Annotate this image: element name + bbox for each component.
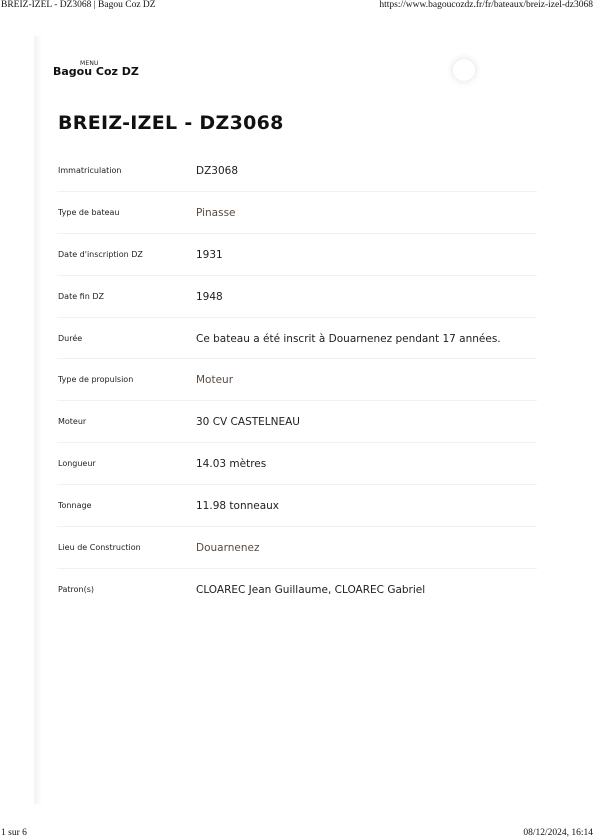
detail-label: Date fin DZ [58,292,104,301]
detail-row-date-inscription: Date d'inscription DZ 1931 [57,234,537,276]
detail-label: Moteur [58,417,86,426]
detail-value: Ce bateau a été inscrit à Douarnenez pen… [196,333,501,345]
detail-value: 14.03 mètres [196,458,266,470]
page-title: BREIZ-IZEL - DZ3068 [58,112,284,134]
print-footer-datetime: 08/12/2024, 16:14 [523,828,593,838]
boat-details-table: Immatriculation DZ3068 Type de bateau Pi… [57,150,537,611]
detail-row-longueur: Longueur 14.03 mètres [57,443,537,485]
detail-label: Tonnage [58,501,91,510]
detail-label: Durée [58,334,82,343]
detail-label: Longueur [58,459,96,468]
detail-label: Lieu de Construction [58,543,141,552]
detail-value: 11.98 tonneaux [196,500,279,512]
detail-row-immatriculation: Immatriculation DZ3068 [57,150,537,192]
detail-value: DZ3068 [196,165,238,177]
print-header-url: https://www.bagoucozdz.fr/fr/bateaux/bre… [379,0,593,10]
detail-value-link[interactable]: Pinasse [196,207,236,219]
detail-value: 1931 [196,249,223,261]
menu-toggle-button[interactable] [453,59,475,81]
detail-label: Type de bateau [58,208,119,217]
brand-logo-text[interactable]: Bagou Coz DZ [53,65,139,78]
detail-row-type-de-propulsion: Type de propulsion Moteur [57,359,537,401]
page-left-edge-shadow [34,36,42,804]
detail-value: 30 CV CASTELNEAU [196,416,300,428]
detail-label: Immatriculation [58,166,121,175]
detail-label: Type de propulsion [58,375,133,384]
detail-value: 1948 [196,291,223,303]
print-header-title: BREIZ-IZEL - DZ3068 | Bagou Coz DZ [1,0,156,10]
detail-row-duree: Durée Ce bateau a été inscrit à Douarnen… [57,318,537,360]
detail-row-lieu-de-construction: Lieu de Construction Douarnenez [57,527,537,569]
detail-value-link[interactable]: Douarnenez [196,542,259,554]
detail-label: Date d'inscription DZ [58,250,143,259]
detail-row-tonnage: Tonnage 11.98 tonneaux [57,485,537,527]
detail-row-type-de-bateau: Type de bateau Pinasse [57,192,537,234]
detail-label: Patron(s) [58,585,94,594]
detail-value-link[interactable]: Moteur [196,374,233,386]
print-footer-page-number: 1 sur 6 [1,828,27,838]
detail-value: CLOAREC Jean Guillaume, CLOAREC Gabriel [196,584,425,596]
detail-row-moteur: Moteur 30 CV CASTELNEAU [57,401,537,443]
detail-row-date-fin: Date fin DZ 1948 [57,276,537,318]
detail-row-patrons: Patron(s) CLOAREC Jean Guillaume, CLOARE… [57,569,537,611]
